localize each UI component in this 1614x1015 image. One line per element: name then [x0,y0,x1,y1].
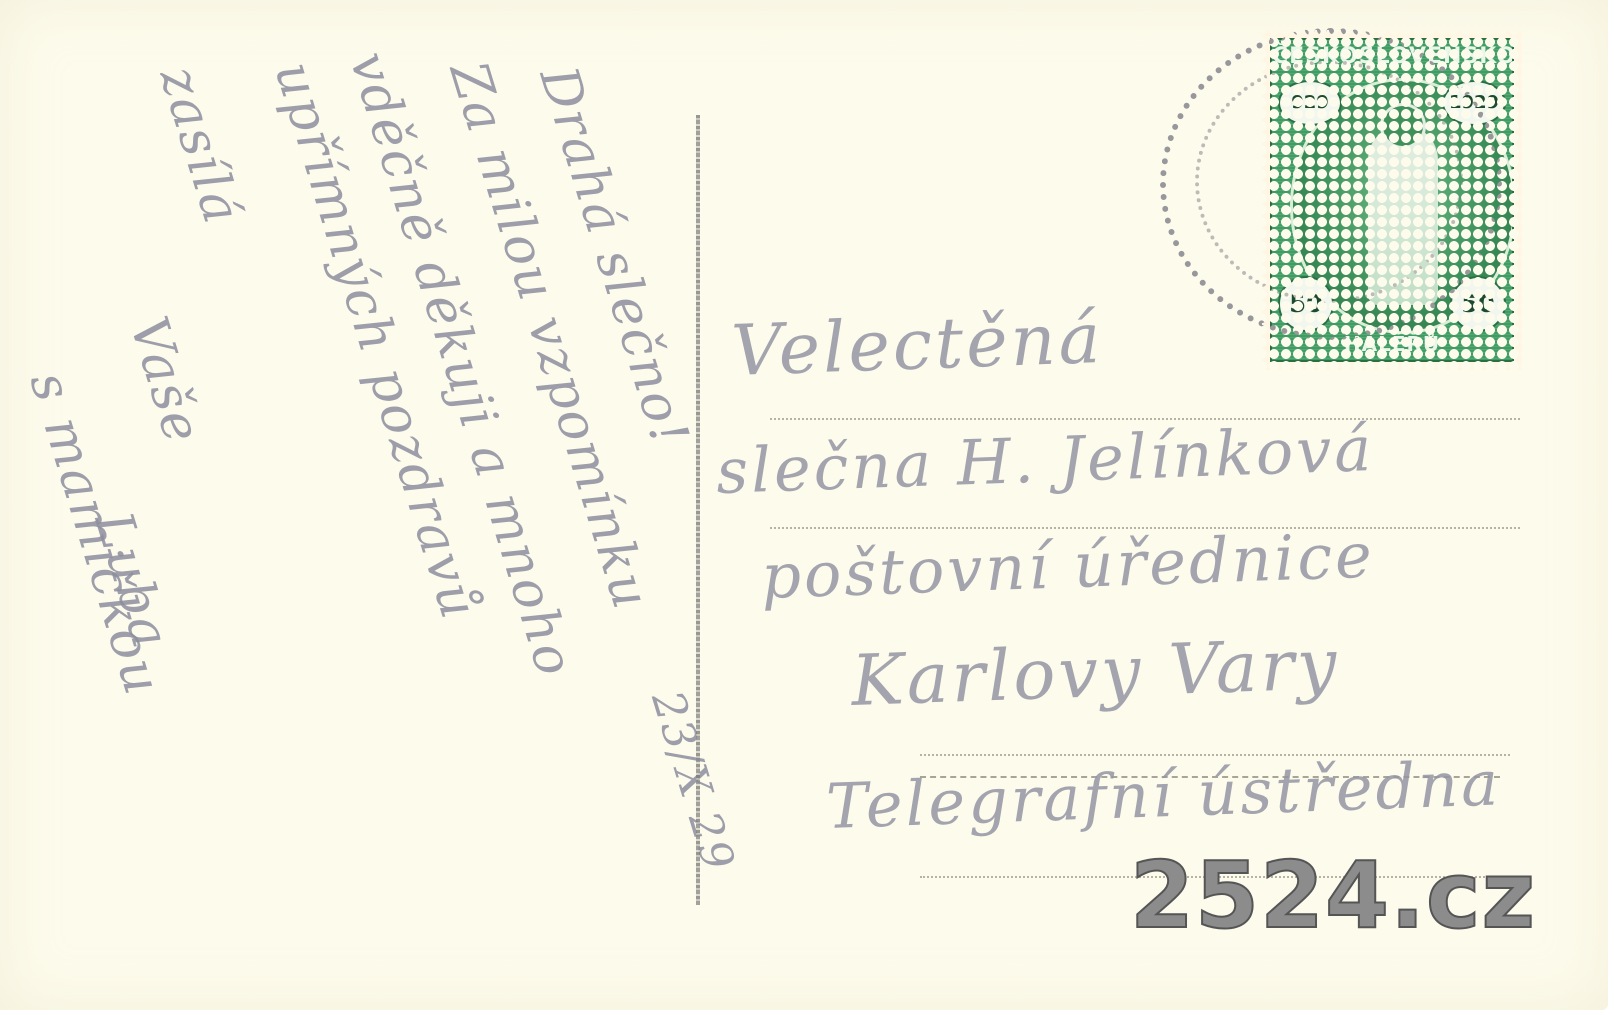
address-recipient: slečna H. Jelínková [715,412,1375,508]
address-city: Karlovy Vary [850,623,1341,722]
message-line: zasílá [148,60,253,232]
address-occupation: poštovní úřednice [760,519,1376,613]
postcard: Drahá slečno! Za milou vzpomínku vděčně … [0,0,1608,1010]
address-salutation: Velectěná [730,297,1105,392]
message-line: Vaše [118,310,213,451]
saint-figure-icon [1368,125,1438,305]
stamp-currency: HALÉŘŮ [1272,332,1512,356]
stamp-year-right: 1929 [1442,80,1506,126]
message-date: 23/X 29 [641,685,744,878]
postage-stamp: ČESKOSLOVENSKO 929 1929 50 50 HALÉŘŮ [1262,30,1522,370]
site-watermark: 2524.cz [1130,850,1536,942]
stamp-year-left: 929 [1278,80,1342,126]
stamp-value-left: 50 [1278,276,1334,332]
address-office: Telegrafní ústředna [825,746,1502,843]
stamp-country: ČESKOSLOVENSKO [1272,44,1512,69]
stamp-value-right: 50 [1450,276,1506,332]
card-divider [696,115,700,905]
